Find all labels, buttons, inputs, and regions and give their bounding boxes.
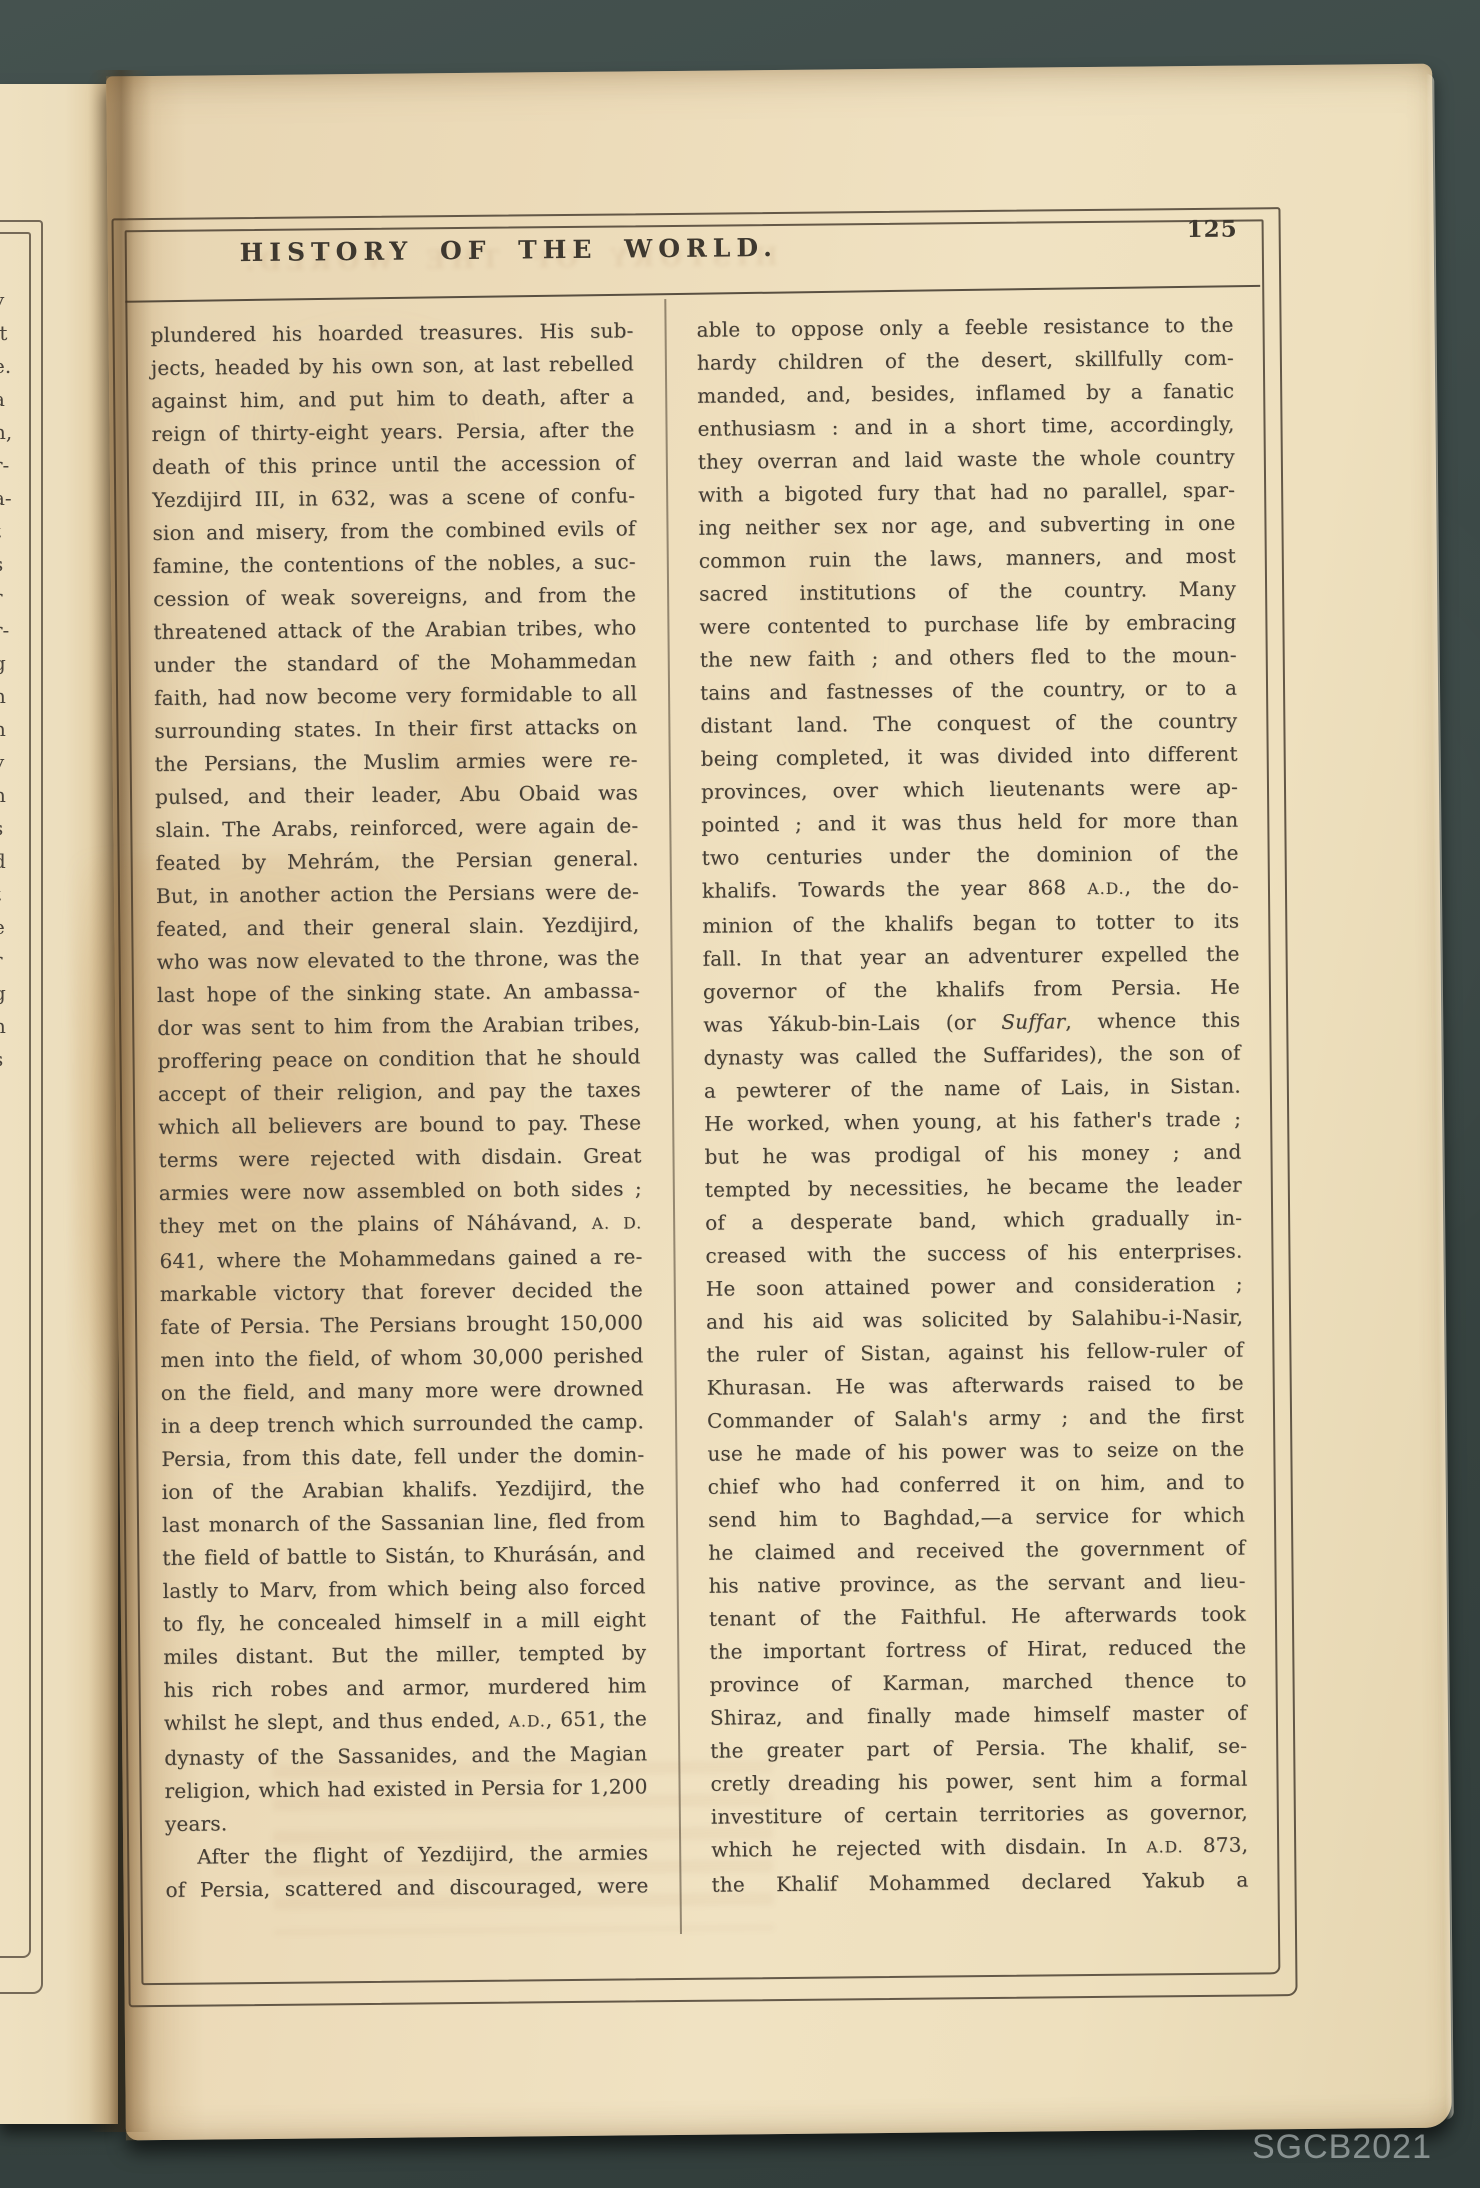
text-line: tempted by necessities, he became the le… xyxy=(705,1169,1242,1207)
text-line: enthusiasm : and in a short time, accord… xyxy=(697,408,1234,446)
book-photo: yite.an,r-a-tsrr-gnnynsdtergns HISTORY O… xyxy=(0,0,1480,2188)
text-line: 641, where the Mohammedans gained a re- xyxy=(159,1240,642,1278)
text-line: the ruler of Sistan, against his fellow-… xyxy=(706,1334,1243,1372)
text-line: Commander of Salah's army ; and the firs… xyxy=(707,1400,1244,1438)
text-line: terms were rejected with disdain. Great xyxy=(158,1139,641,1177)
text-line: investiture of certain territories as go… xyxy=(711,1796,1248,1834)
text-line: a pewterer of the name of Lais, in Sista… xyxy=(704,1070,1241,1108)
text-line: dynasty of the Sassanides, and the Magia… xyxy=(164,1737,647,1775)
text-line: tains and fastnesses of the country, or … xyxy=(700,672,1237,710)
text-fragment: r xyxy=(0,581,12,614)
text-fragment: g xyxy=(0,977,12,1010)
column-divider xyxy=(664,299,682,1934)
text-line: were contented to purchase life by embra… xyxy=(699,606,1236,644)
text-line: under the standard of the Mohammedan xyxy=(154,644,637,682)
text-line: his rich robes and armor, murdered him xyxy=(163,1669,646,1707)
text-line: they met on the plains of Náhávand, A. D… xyxy=(159,1205,642,1245)
facing-page: yite.an,r-a-tsrr-gnnynsdtergns xyxy=(0,84,118,2124)
text-fragment: e. xyxy=(0,350,12,383)
text-line: death of this prince until the accession… xyxy=(152,446,635,484)
text-line: But, in another action the Persians were… xyxy=(156,875,639,913)
text-line: with a bigoted fury that had no parallel… xyxy=(698,474,1235,512)
text-line: hardy children of the desert, skillfully… xyxy=(697,342,1234,380)
text-fragment: s xyxy=(0,548,12,581)
left-column: plundered his hoarded treasures. His sub… xyxy=(150,314,648,1907)
text-line: whilst he slept, and thus ended, A.D., 6… xyxy=(164,1702,647,1742)
text-line: dor was sent to him from the Arabian tri… xyxy=(157,1007,640,1045)
text-line: and his aid was solicited by Salahibu-i-… xyxy=(706,1301,1243,1339)
text-fragment: n xyxy=(0,680,12,713)
text-line: the Persians, the Muslim armies were re- xyxy=(155,743,638,781)
text-line: lastly to Marv, from which being also fo… xyxy=(163,1570,646,1608)
text-line: feated, and their general slain. Yezdiji… xyxy=(156,908,639,946)
text-fragment: s xyxy=(0,812,12,845)
text-line: chief who had conferred it on him, and t… xyxy=(708,1466,1245,1504)
text-line: threatened attack of the Arabian tribes,… xyxy=(153,611,636,649)
text-line: cretly dreading his power, sent him a fo… xyxy=(710,1763,1247,1801)
text-line: two centuries under the dominion of the xyxy=(701,837,1238,875)
text-line: governor of the khalifs from Persia. He xyxy=(703,971,1240,1009)
text-fragment: a- xyxy=(0,482,12,515)
text-line: jects, headed by his own son, at last re… xyxy=(151,347,634,385)
text-line: famine, the contentions of the nobles, a… xyxy=(153,545,636,583)
text-line: common ruin the laws, manners, and most xyxy=(699,540,1236,578)
text-line: able to oppose only a feeble resistance … xyxy=(696,309,1233,347)
text-line: on the field, and many more were drowned xyxy=(161,1372,644,1410)
text-fragment: d xyxy=(0,845,12,878)
text-line: ing neither sex nor age, and subverting … xyxy=(698,507,1235,545)
text-line: who was now elevated to the throne, was … xyxy=(156,941,639,979)
text-fragment: n xyxy=(0,713,12,746)
text-line: distant land. The conquest of the countr… xyxy=(700,705,1237,743)
text-line: reign of thirty-eight years. Persia, aft… xyxy=(151,413,634,451)
text-line: minion of the khalifs began to totter to… xyxy=(702,905,1239,943)
text-line: slain. The Arabs, reinforced, were again… xyxy=(155,809,638,847)
text-line: faith, had now become very formidable to… xyxy=(154,677,637,715)
text-fragment: t xyxy=(0,878,12,911)
text-line: creased with the success of his enterpri… xyxy=(705,1235,1242,1273)
text-line: use he made of his power was to seize on… xyxy=(707,1433,1244,1471)
text-line: He worked, when young, at his father's t… xyxy=(704,1103,1241,1141)
text-line: Khurasan. He was afterwards raised to be xyxy=(707,1367,1244,1405)
right-column: able to oppose only a feeble resistance … xyxy=(696,309,1248,1902)
text-fragment: it xyxy=(0,317,12,350)
text-line: After the flight of Yezdijird, the armie… xyxy=(165,1836,648,1874)
text-line: his native province, as the servant and … xyxy=(708,1565,1245,1603)
text-line: the important fortress of Hirat, reduced… xyxy=(709,1631,1246,1669)
text-line: was Yákub-bin-Lais (or Suffar, whence th… xyxy=(703,1004,1240,1042)
text-fragment: n, xyxy=(0,416,12,449)
text-fragment: n xyxy=(0,1010,12,1043)
text-line: fall. In that year an adventurer expelle… xyxy=(702,938,1239,976)
header-rule xyxy=(125,285,1260,303)
text-line: he claimed and received the government o… xyxy=(708,1532,1245,1570)
text-line: of a desperate band, which gradually in- xyxy=(705,1202,1242,1240)
running-head-title: HISTORY OF THE WORLD. xyxy=(229,233,789,267)
text-fragment: y xyxy=(0,746,12,779)
text-fragment: r- xyxy=(0,449,12,482)
text-line: miles distant. But the miller, tempted b… xyxy=(163,1636,646,1674)
watermark: SGCB2021 xyxy=(1252,2128,1432,2167)
text-line: Shiraz, and finally made himself master … xyxy=(710,1697,1247,1735)
text-line: ion of the Arabian khalifs. Yezdijird, t… xyxy=(162,1471,645,1509)
text-line: which he rejected with disdain. In A.D. … xyxy=(711,1829,1248,1869)
text-line: the Khalif Mohammed declared Yakub a xyxy=(711,1864,1248,1902)
text-line: they overran and laid waste the whole co… xyxy=(698,441,1235,479)
text-line: to fly, he concealed himself in a mill e… xyxy=(163,1603,646,1641)
text-line: fate of Persia. The Persians brought 150… xyxy=(160,1306,643,1344)
text-line: manded, and, besides, inflamed by a fana… xyxy=(697,375,1234,413)
text-fragment: n xyxy=(0,779,12,812)
text-line: province of Karman, marched thence to xyxy=(709,1664,1246,1702)
text-line: sacred institutions of the country. Many xyxy=(699,573,1236,611)
page: HISTORY OF THE WORLD. HISTORY OF THE WOR… xyxy=(106,64,1452,2141)
text-line: years. xyxy=(165,1803,648,1841)
text-line: the new faith ; and others fled to the m… xyxy=(700,639,1237,677)
text-fragment: t xyxy=(0,515,12,548)
text-line: plundered his hoarded treasures. His sub… xyxy=(150,314,633,352)
text-line: khalifs. Towards the year 868 A.D., the … xyxy=(702,870,1239,910)
text-fragment: e xyxy=(0,911,12,944)
text-fragment: y xyxy=(0,284,12,317)
text-line: sion and misery, from the combined evils… xyxy=(152,512,635,550)
text-fragment: s xyxy=(0,1043,12,1076)
text-line: against him, and put him to death, after… xyxy=(151,380,634,418)
text-line: the field of battle to Sistán, to Khurás… xyxy=(162,1537,645,1575)
text-line: the greater part of Persia. The khalif, … xyxy=(710,1730,1247,1768)
text-line: tenant of the Faithful. He afterwards to… xyxy=(709,1598,1246,1636)
text-line: last monarch of the Sassanian line, fled… xyxy=(162,1504,645,1542)
text-line: men into the field, of whom 30,000 peris… xyxy=(160,1339,643,1377)
text-line: of Persia, scattered and discouraged, we… xyxy=(165,1869,648,1907)
text-line: accept of their religion, and pay the ta… xyxy=(158,1073,641,1111)
text-line: markable victory that forever decided th… xyxy=(160,1273,643,1311)
text-line: last hope of the sinking state. An ambas… xyxy=(157,974,640,1012)
text-line: religion, which had existed in Persia fo… xyxy=(164,1770,647,1808)
facing-page-text-fragments: yite.an,r-a-tsrr-gnnynsdtergns xyxy=(0,284,12,1076)
text-line: cession of weak sovereigns, and from the xyxy=(153,578,636,616)
text-line: armies were now assembled on both sides … xyxy=(159,1172,642,1210)
text-line: being completed, it was divided into dif… xyxy=(701,738,1238,776)
text-line: provinces, over which lieutenants were a… xyxy=(701,771,1238,809)
text-line: feated by Mehrám, the Persian general. xyxy=(156,842,639,880)
page-number: 125 xyxy=(1154,216,1238,244)
text-line: pulsed, and their leader, Abu Obaid was xyxy=(155,776,638,814)
text-line: He soon attained power and consideration… xyxy=(706,1268,1243,1306)
text-line: proffering peace on condition that he sh… xyxy=(157,1040,640,1078)
text-line: pointed ; and it was thus held for more … xyxy=(701,804,1238,842)
text-line: dynasty was called the Suffarides), the … xyxy=(703,1037,1240,1075)
text-line: Persia, from this date, fell under the d… xyxy=(161,1438,644,1476)
text-fragment: r xyxy=(0,944,12,977)
text-line: but he was prodigal of his money ; and xyxy=(704,1136,1241,1174)
text-line: which all believers are bound to pay. Th… xyxy=(158,1106,641,1144)
text-fragment: r- xyxy=(0,614,12,647)
text-fragment: g xyxy=(0,647,12,680)
text-line: surrounding states. In their first attac… xyxy=(154,710,637,748)
text-line: send him to Baghdad,—a service for which xyxy=(708,1499,1245,1537)
text-line: Yezdijird III, in 632, was a scene of co… xyxy=(152,479,635,517)
text-line: in a deep trench which surrounded the ca… xyxy=(161,1405,644,1443)
text-fragment: a xyxy=(0,383,12,416)
